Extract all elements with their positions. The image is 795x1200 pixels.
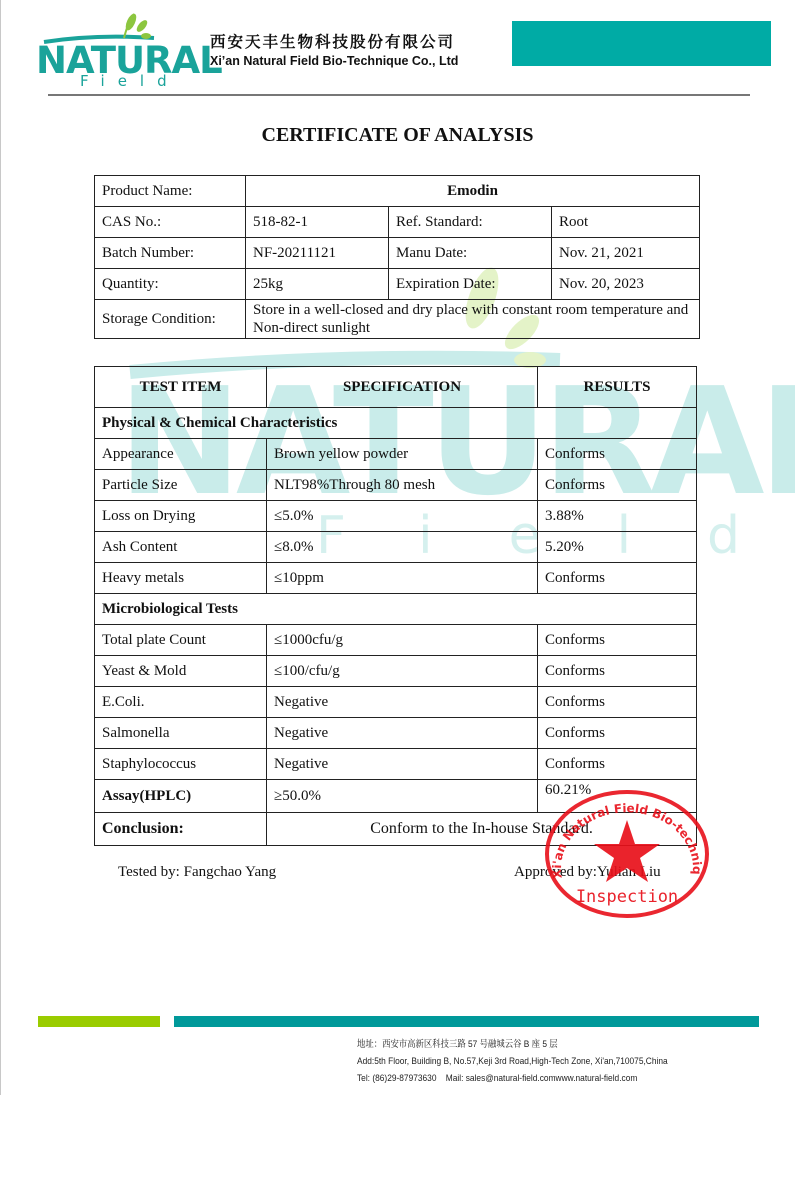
expiration-date: Nov. 20, 2023: [552, 269, 700, 300]
company-logo: NATURAL Field: [36, 8, 188, 90]
table-row: Storage Condition: Store in a well-close…: [95, 300, 700, 339]
test-spec: Negative: [267, 718, 538, 749]
table-row: Ash Content≤8.0%5.20%: [95, 532, 697, 563]
column-header: SPECIFICATION: [267, 367, 538, 408]
test-spec: ≤1000cfu/g: [267, 625, 538, 656]
test-item: Ash Content: [95, 532, 267, 563]
test-item: E.Coli.: [95, 687, 267, 718]
test-item: Total plate Count: [95, 625, 267, 656]
approved-by: Approved by:Yulian Liu: [514, 864, 661, 881]
test-spec: ≥50.0%: [267, 780, 538, 813]
address-en: Add:5th Floor, Building B, No.57,Keji 3r…: [357, 1053, 668, 1070]
test-result: 60.21%: [538, 780, 697, 813]
test-item: Staphylococcus: [95, 749, 267, 780]
test-result: 5.20%: [538, 532, 697, 563]
footer-green-bar: [38, 1016, 160, 1027]
assay-row: Assay(HPLC) ≥50.0% 60.21%: [95, 780, 697, 813]
test-item: Assay(HPLC): [95, 780, 267, 813]
label-cell: Quantity:: [95, 269, 246, 300]
test-result: Conforms: [538, 563, 697, 594]
test-item: Salmonella: [95, 718, 267, 749]
table-row: Batch Number: NF-20211121 Manu Date: Nov…: [95, 238, 700, 269]
product-info-table: Product Name: Emodin CAS No.: 518-82-1 R…: [94, 175, 700, 339]
test-item: Appearance: [95, 439, 267, 470]
company-name: 西安天丰生物科技股份有限公司 Xi’an Natural Field Bio-T…: [210, 35, 458, 67]
test-result: 3.88%: [538, 501, 697, 532]
quantity: 25kg: [246, 269, 389, 300]
table-header-row: TEST ITEM SPECIFICATION RESULTS: [95, 367, 697, 408]
test-results-table: TEST ITEM SPECIFICATION RESULTS Physical…: [94, 366, 697, 846]
table-row: Yeast & Mold≤100/cfu/gConforms: [95, 656, 697, 687]
test-spec: Negative: [267, 687, 538, 718]
cas-number: 518-82-1: [246, 207, 389, 238]
test-result: Conforms: [538, 718, 697, 749]
table-row: Heavy metals≤10ppmConforms: [95, 563, 697, 594]
test-item: Loss on Drying: [95, 501, 267, 532]
header-accent-bar: [512, 21, 771, 66]
table-row: Quantity: 25kg Expiration Date: Nov. 20,…: [95, 269, 700, 300]
table-row: Loss on Drying≤5.0%3.88%: [95, 501, 697, 532]
column-header: RESULTS: [538, 367, 697, 408]
manu-date: Nov. 21, 2021: [552, 238, 700, 269]
test-spec: ≤5.0%: [267, 501, 538, 532]
label-cell: Manu Date:: [389, 238, 552, 269]
section-title: Microbiological Tests: [95, 594, 697, 625]
label-cell: Batch Number:: [95, 238, 246, 269]
section-row: Microbiological Tests: [95, 594, 697, 625]
test-item: Heavy metals: [95, 563, 267, 594]
test-result: Conforms: [538, 470, 697, 501]
footer-contact: 地址：西安市高新区科技三路 57 号融城云谷 B 座 5 层 Add:5th F…: [357, 1036, 668, 1087]
company-name-en: Xi’an Natural Field Bio-Technique Co., L…: [210, 55, 458, 68]
test-result: Conforms: [538, 656, 697, 687]
table-row: CAS No.: 518-82-1 Ref. Standard: Root: [95, 207, 700, 238]
label-cell: Ref. Standard:: [389, 207, 552, 238]
section-row: Physical & Chemical Characteristics: [95, 408, 697, 439]
ref-standard: Root: [552, 207, 700, 238]
company-name-cn: 西安天丰生物科技股份有限公司: [210, 35, 458, 51]
section-title: Physical & Chemical Characteristics: [95, 408, 697, 439]
test-result: Conforms: [538, 749, 697, 780]
footer-teal-bar: [174, 1016, 759, 1027]
label-cell: Storage Condition:: [95, 300, 246, 339]
document-title: CERTIFICATE OF ANALYSIS: [0, 124, 795, 147]
address-cn: 地址：西安市高新区科技三路 57 号融城云谷 B 座 5 层: [357, 1036, 668, 1053]
test-result: Conforms: [538, 687, 697, 718]
column-header: TEST ITEM: [95, 367, 267, 408]
table-row: StaphylococcusNegativeConforms: [95, 749, 697, 780]
contact-info: Tel: (86)29-87973630 Mail: sales@natural…: [357, 1070, 668, 1087]
test-spec: ≤8.0%: [267, 532, 538, 563]
batch-number: NF-20211121: [246, 238, 389, 269]
table-row: Particle SizeNLT98%Through 80 meshConfor…: [95, 470, 697, 501]
test-spec: Negative: [267, 749, 538, 780]
test-spec: ≤10ppm: [267, 563, 538, 594]
product-name: Emodin: [246, 176, 700, 207]
table-row: AppearanceBrown yellow powderConforms: [95, 439, 697, 470]
test-item: Yeast & Mold: [95, 656, 267, 687]
label-cell: Expiration Date:: [389, 269, 552, 300]
test-item: Particle Size: [95, 470, 267, 501]
header-divider: [48, 94, 750, 96]
tested-by: Tested by: Fangchao Yang: [118, 864, 276, 881]
storage-condition: Store in a well-closed and dry place wit…: [246, 300, 700, 339]
label-cell: Product Name:: [95, 176, 246, 207]
table-row: Product Name: Emodin: [95, 176, 700, 207]
test-result: Conforms: [538, 625, 697, 656]
table-row: E.Coli.NegativeConforms: [95, 687, 697, 718]
test-spec: Brown yellow powder: [267, 439, 538, 470]
conclusion-row: Conclusion: Conform to the In-house Stan…: [95, 813, 697, 846]
stamp-center-text: Inspection: [576, 887, 678, 907]
table-row: SalmonellaNegativeConforms: [95, 718, 697, 749]
test-spec: ≤100/cfu/g: [267, 656, 538, 687]
page-border: [0, 0, 1, 1095]
conclusion-text: Conform to the In-house Standard.: [267, 813, 697, 846]
table-row: Total plate Count≤1000cfu/gConforms: [95, 625, 697, 656]
logo-sub: Field: [80, 74, 180, 89]
test-result: Conforms: [538, 439, 697, 470]
test-spec: NLT98%Through 80 mesh: [267, 470, 538, 501]
conclusion-label: Conclusion:: [95, 813, 267, 846]
label-cell: CAS No.:: [95, 207, 246, 238]
